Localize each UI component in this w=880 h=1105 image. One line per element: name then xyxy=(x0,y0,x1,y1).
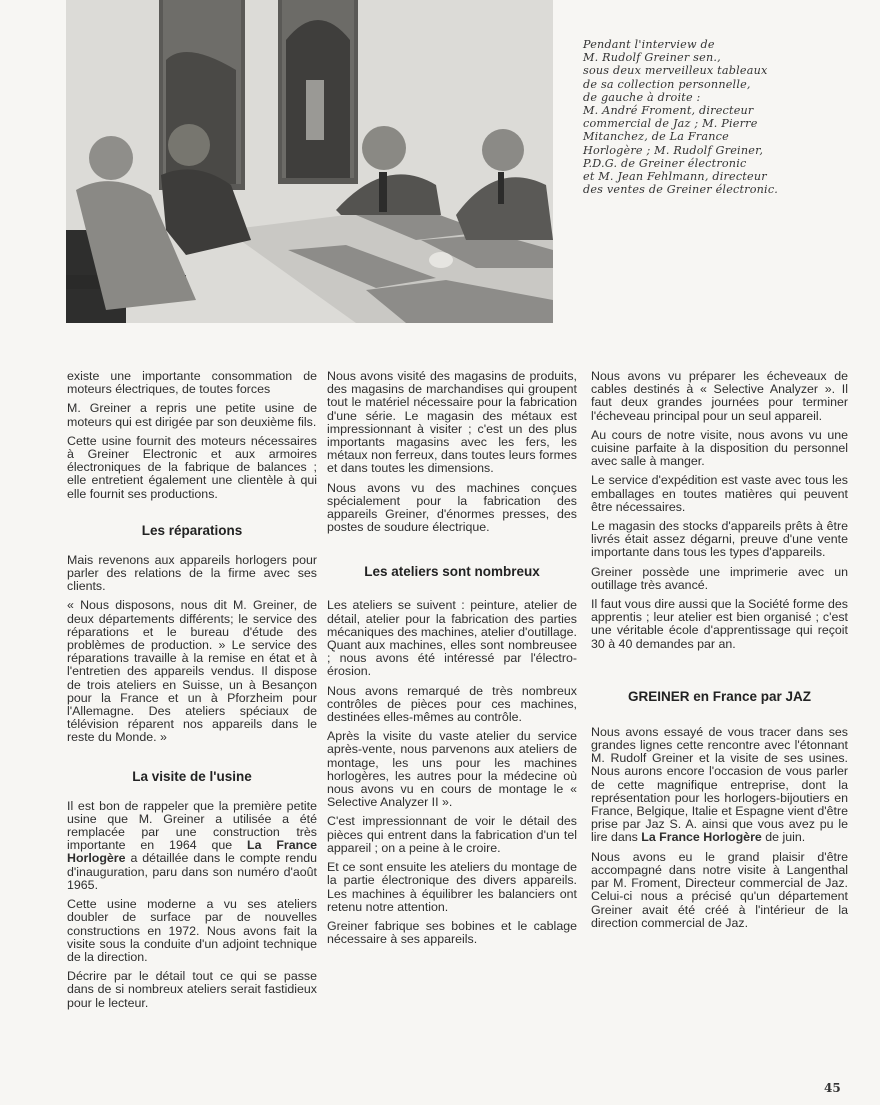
paragraph: Nous avons essayé de vous tracer dans se… xyxy=(591,726,848,845)
article-column-3: Nous avons vu préparer les écheveaux de … xyxy=(591,370,848,936)
paragraph: « Nous disposons, nous dit M. Greiner, d… xyxy=(67,599,317,744)
paragraph: Le service d'expédition est vaste avec t… xyxy=(591,474,848,514)
paragraph: Nous avons remarqué de très nombreux con… xyxy=(327,685,577,725)
paragraph: Cette usine fournit des moteurs nécessai… xyxy=(67,435,317,501)
section-heading-reparations: Les réparations xyxy=(67,523,317,538)
paragraph: C'est impressionnant de voir le détail d… xyxy=(327,815,577,855)
publication-name: La France Horlogère xyxy=(641,830,762,844)
text-run: Nous avons essayé de vous tracer dans se… xyxy=(591,725,848,845)
paragraph: Il faut vous dire aussi que la Société f… xyxy=(591,598,848,651)
paragraph: Greiner possède une imprimerie avec un o… xyxy=(591,566,848,592)
paragraph: Nous avons eu le grand plaisir d'être ac… xyxy=(591,851,848,930)
paragraph: Cette usine moderne a vu ses ateliers do… xyxy=(67,898,317,964)
paragraph: Et ce sont ensuite les ateliers du monta… xyxy=(327,861,577,914)
paragraph: Nous avons vu des machines conçues spéci… xyxy=(327,482,577,535)
paragraph: Les ateliers se suivent : peinture, atel… xyxy=(327,599,577,678)
page-number: 45 xyxy=(824,1081,841,1095)
paragraph: Greiner fabrique ses bobines et le cabla… xyxy=(327,920,577,946)
paragraph: existe une importante consommation de mo… xyxy=(67,370,317,396)
paragraph: Le magasin des stocks d'appareils prêts … xyxy=(591,520,848,560)
meeting-photo xyxy=(66,0,553,323)
article-column-1: existe une importante consommation de mo… xyxy=(67,370,317,1016)
section-heading-ateliers: Les ateliers sont nombreux xyxy=(327,564,577,579)
paragraph: Décrire par le détail tout ce qui se pas… xyxy=(67,970,317,1010)
paragraph: Mais revenons aux appareils horlogers po… xyxy=(67,554,317,594)
paragraph: Au cours de notre visite, nous avons vu … xyxy=(591,429,848,469)
paragraph: Après la visite du vaste atelier du serv… xyxy=(327,730,577,809)
article-column-2: Nous avons visité des magasins de produi… xyxy=(327,370,577,952)
text-run: de juin. xyxy=(762,830,805,844)
section-heading-visite-usine: La visite de l'usine xyxy=(67,769,317,784)
paragraph: M. Greiner a repris une petite usine de … xyxy=(67,402,317,428)
photo-caption: Pendant l'interview de M. Rudolf Greiner… xyxy=(583,38,833,196)
section-heading-greiner-jaz: GREINER en France par JAZ xyxy=(591,689,848,704)
photo-illustration xyxy=(66,0,553,323)
paragraph: Il est bon de rappeler que la première p… xyxy=(67,800,317,892)
paragraph: Nous avons visité des magasins de produi… xyxy=(327,370,577,476)
paragraph: Nous avons vu préparer les écheveaux de … xyxy=(591,370,848,423)
